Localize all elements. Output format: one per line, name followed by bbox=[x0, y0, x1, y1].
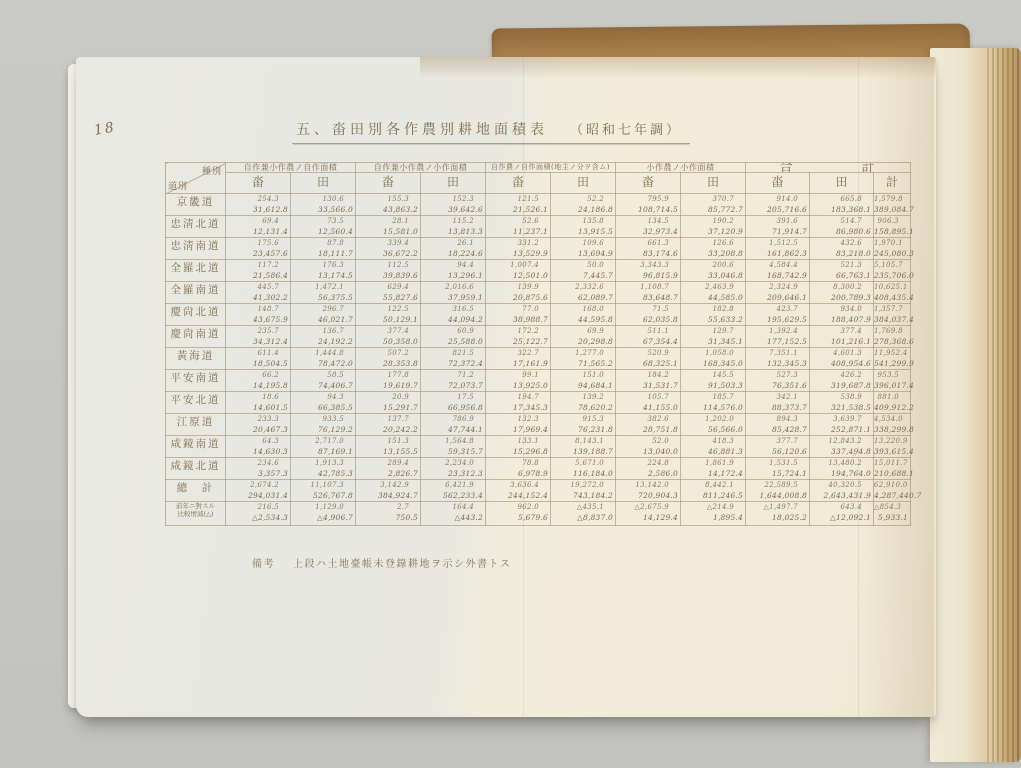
cell-registered-value: 13,813.3 bbox=[421, 226, 485, 237]
cell-registered-value: 20,875.6 bbox=[486, 292, 550, 303]
cell-registered-value: 17,161.9 bbox=[486, 358, 550, 369]
cell-registered-value: 76,351.6 bbox=[746, 380, 809, 391]
cell-registered-value: 41,155.0 bbox=[616, 402, 680, 413]
row-label: 全羅南道 bbox=[166, 282, 226, 304]
cell-unregistered-value: 953.5 bbox=[874, 370, 910, 380]
cell-registered-value: 44,585.0 bbox=[681, 292, 745, 303]
cell-unregistered-value: 331.2 bbox=[486, 238, 550, 248]
cell-unregistered-value: 4,584.4 bbox=[746, 260, 809, 270]
table-cell: 26.118,224.6 bbox=[421, 238, 486, 260]
cell-registered-value: 66,763.1 bbox=[810, 270, 873, 281]
cell-registered-value: 41,302.2 bbox=[226, 292, 290, 303]
cell-registered-value: 66,385.5 bbox=[291, 402, 355, 413]
table-cell: 1,058.0168,345.0 bbox=[681, 348, 746, 370]
cell-unregistered-value: 4,601.3 bbox=[810, 348, 873, 358]
table-cell: 445.741,302.2 bbox=[226, 282, 291, 304]
cell-unregistered-value: 821.5 bbox=[421, 348, 485, 358]
cell-registered-value: 108,714.5 bbox=[616, 204, 680, 215]
group-label-char: 合 bbox=[779, 163, 794, 172]
table-cell: 8,143.1139,188.7 bbox=[551, 436, 616, 458]
cell-unregistered-value: 190.2 bbox=[681, 216, 745, 226]
cell-unregistered-value: 58.5 bbox=[291, 370, 355, 380]
table-cell: △435.1△8,837.0 bbox=[551, 502, 616, 526]
table-cell: 254.331,612.8 bbox=[226, 194, 291, 216]
subcolumn-header: 畓 bbox=[226, 173, 291, 194]
cell-registered-value: 59,315.7 bbox=[421, 446, 485, 457]
cell-registered-value: 526,767.8 bbox=[291, 490, 355, 501]
cell-unregistered-value: 1,579.8 bbox=[874, 194, 910, 204]
cell-registered-value: 43,863.2 bbox=[356, 204, 420, 215]
table-cell: 3,142.9384,924.7 bbox=[356, 480, 421, 502]
table-cell: 1,472.156,375.5 bbox=[291, 282, 356, 304]
row-label: 咸鏡北道 bbox=[166, 458, 226, 480]
cell-unregistered-value: 112.5 bbox=[356, 260, 420, 270]
cell-unregistered-value: 521.3 bbox=[810, 260, 873, 270]
table-cell: 168.044,595.8 bbox=[551, 304, 616, 326]
table-cell: 391.671,914.7 bbox=[746, 216, 810, 238]
cell-registered-value: 46,021.7 bbox=[291, 314, 355, 325]
cell-unregistered-value: 64.3 bbox=[226, 436, 290, 446]
table-cell: 94.366,385.5 bbox=[291, 392, 356, 414]
cell-unregistered-value: 200.6 bbox=[681, 260, 745, 270]
cell-unregistered-value: 13,220.9 bbox=[874, 436, 910, 446]
cell-unregistered-value: △214.9 bbox=[681, 502, 745, 512]
table-cell: 906.3158,895.1 bbox=[874, 216, 911, 238]
table-cell: 134.532,973.4 bbox=[616, 216, 681, 238]
cell-unregistered-value: 5,105.7 bbox=[874, 260, 910, 270]
cell-unregistered-value: 152.3 bbox=[421, 194, 485, 204]
subcolumn-header: 畓 bbox=[616, 173, 681, 194]
cell-registered-value: 278,368.6 bbox=[874, 336, 910, 347]
cell-unregistered-value: 69.4 bbox=[226, 216, 290, 226]
table-cell: 881.0409,912.2 bbox=[874, 392, 911, 414]
table-row: 忠淸南道175.623,457.687.818,111.7339.436,672… bbox=[166, 238, 911, 260]
cell-registered-value: 252,871.1 bbox=[810, 424, 873, 435]
row-label-line: 比較增減(△) bbox=[166, 510, 225, 518]
subcolumn-header: 田 bbox=[681, 173, 746, 194]
table-row: 慶尙北道148.743,675.9296.746,021.7122.550,12… bbox=[166, 304, 911, 326]
cell-registered-value: 209,646.1 bbox=[746, 292, 809, 303]
cell-unregistered-value: 28.1 bbox=[356, 216, 420, 226]
cell-unregistered-value: 370.7 bbox=[681, 194, 745, 204]
cell-registered-value: 15,724.1 bbox=[746, 468, 809, 479]
cell-unregistered-value: 73.5 bbox=[291, 216, 355, 226]
cell-registered-value: 15,581.0 bbox=[356, 226, 420, 237]
cell-registered-value: 6,978.9 bbox=[486, 468, 550, 479]
cell-registered-value: △4,906.7 bbox=[291, 512, 355, 523]
table-cell: 18.614,601.5 bbox=[226, 392, 291, 414]
cell-unregistered-value: 382.6 bbox=[616, 414, 680, 424]
row-label: 前年ニ對スル比較增減(△) bbox=[166, 502, 226, 526]
table-cell: 69.412,131.4 bbox=[226, 216, 291, 238]
book-left-page: 18 五、畓田別各作農別耕地面積表（昭和七年調） 種別道別自作兼小作農ノ自作面積… bbox=[76, 57, 936, 717]
cell-registered-value: 62,089.7 bbox=[551, 292, 615, 303]
table-cell: 665.8183,368.1 bbox=[810, 194, 874, 216]
cell-registered-value: 31,345.1 bbox=[681, 336, 745, 347]
cell-registered-value: 94,684.1 bbox=[551, 380, 615, 391]
table-cell: 66.214,195.8 bbox=[226, 370, 291, 392]
cell-registered-value: 14,195.8 bbox=[226, 380, 290, 391]
cell-registered-value: 21,586.4 bbox=[226, 270, 290, 281]
cell-unregistered-value: 130.6 bbox=[291, 194, 355, 204]
cell-registered-value: 18,504.5 bbox=[226, 358, 290, 369]
table-cell: 136.724,192.2 bbox=[291, 326, 356, 348]
cell-unregistered-value: 12,843.2 bbox=[810, 436, 873, 446]
cell-registered-value: 24,192.2 bbox=[291, 336, 355, 347]
cell-unregistered-value: 339.4 bbox=[356, 238, 420, 248]
table-cell: 11,107.3526,767.8 bbox=[291, 480, 356, 502]
cell-unregistered-value: 129.7 bbox=[681, 326, 745, 336]
table-cell: 129.731,345.1 bbox=[681, 326, 746, 348]
cell-registered-value: 5,933.1 bbox=[874, 512, 910, 523]
title-survey-year: （昭和七年調） bbox=[570, 123, 682, 138]
cell-registered-value: 194,764.0 bbox=[810, 468, 873, 479]
cell-registered-value: 50,358.0 bbox=[356, 336, 420, 347]
cell-unregistered-value: 1,129.0 bbox=[291, 502, 355, 512]
cell-unregistered-value: 15,011.7 bbox=[874, 458, 910, 468]
cell-registered-value: 139,188.7 bbox=[551, 446, 615, 457]
cell-unregistered-value: 121.5 bbox=[486, 194, 550, 204]
table-cell: 64.314,630.3 bbox=[226, 436, 291, 458]
cell-registered-value: 86,980.6 bbox=[810, 226, 873, 237]
table-cell: 521.366,763.1 bbox=[810, 260, 874, 282]
row-label: 平安北道 bbox=[166, 392, 226, 414]
table-cell: 377.756,120.6 bbox=[746, 436, 810, 458]
table-cell: 200.633,046.8 bbox=[681, 260, 746, 282]
table-cell: 15,011.7210,688.1 bbox=[874, 458, 911, 480]
table-cell: 52.611,237.1 bbox=[486, 216, 551, 238]
cell-unregistered-value: 520.9 bbox=[616, 348, 680, 358]
table-cell: 2,324.9209,646.1 bbox=[746, 282, 810, 304]
cell-unregistered-value: 139.9 bbox=[486, 282, 550, 292]
row-label: 京畿道 bbox=[166, 194, 226, 216]
table-cell: 1,913.342,785.3 bbox=[291, 458, 356, 480]
cell-unregistered-value: 1,564.8 bbox=[421, 436, 485, 446]
table-cell: 8,442.1811,246.5 bbox=[681, 480, 746, 502]
table-cell: 13,142.0720,904.3 bbox=[616, 480, 681, 502]
table-cell: 8,300.2200,789.3 bbox=[810, 282, 874, 304]
cell-unregistered-value: 115.2 bbox=[421, 216, 485, 226]
cell-unregistered-value: 122.5 bbox=[356, 304, 420, 314]
table-cell: △2,675.914,129.4 bbox=[616, 502, 681, 526]
cell-registered-value: 750.5 bbox=[356, 512, 420, 523]
cell-unregistered-value: 13,480.2 bbox=[810, 458, 873, 468]
cell-unregistered-value: 3,636.4 bbox=[486, 480, 550, 490]
cell-unregistered-value: 52.2 bbox=[551, 194, 615, 204]
table-cell: 78.86,978.9 bbox=[486, 458, 551, 480]
cell-unregistered-value: 10,625.1 bbox=[874, 282, 910, 292]
cell-registered-value: 46,881.3 bbox=[681, 446, 745, 457]
column-group-header-2: 自作農ノ自作面積(地主ノ分ヲ含ム) bbox=[486, 163, 616, 173]
cell-unregistered-value: 423.7 bbox=[746, 304, 809, 314]
cell-registered-value: 384,037.4 bbox=[874, 314, 910, 325]
table-cell: 126.633,208.8 bbox=[681, 238, 746, 260]
table-cell: 13,480.2194,764.0 bbox=[810, 458, 874, 480]
table-cell: 105.741,155.0 bbox=[616, 392, 681, 414]
cell-registered-value: 19,619.7 bbox=[356, 380, 420, 391]
table-cell: 1,564.859,315.7 bbox=[421, 436, 486, 458]
cell-registered-value: 43,675.9 bbox=[226, 314, 290, 325]
table-cell: 2.7750.5 bbox=[356, 502, 421, 526]
table-cell: 122.550,129.1 bbox=[356, 304, 421, 326]
table-cell: 538.9321,538.5 bbox=[810, 392, 874, 414]
cell-registered-value: 14,630.3 bbox=[226, 446, 290, 457]
table-cell: 507.228,353.8 bbox=[356, 348, 421, 370]
table-cell: 121.521,526.1 bbox=[486, 194, 551, 216]
cell-unregistered-value: 87.8 bbox=[291, 238, 355, 248]
subcolumn-header: 田 bbox=[291, 173, 356, 194]
cell-registered-value: 87,169.1 bbox=[291, 446, 355, 457]
table-cell: 1,970.1245,080.3 bbox=[874, 238, 911, 260]
cell-registered-value: 39,839.6 bbox=[356, 270, 420, 281]
cell-registered-value: 39,642.6 bbox=[421, 204, 485, 215]
table-cell: 1,108.783,648.7 bbox=[616, 282, 681, 304]
cell-unregistered-value: 342.1 bbox=[746, 392, 809, 402]
column-group-header-0: 自作兼小作農ノ自作面積 bbox=[226, 163, 356, 173]
cell-registered-value: 83,174.6 bbox=[616, 248, 680, 259]
cell-registered-value: 13,174.5 bbox=[291, 270, 355, 281]
table-cell: 643.4△12,092.1 bbox=[810, 502, 874, 526]
cell-unregistered-value: 1,512.5 bbox=[746, 238, 809, 248]
cell-registered-value: 743,184.2 bbox=[551, 490, 615, 501]
cell-registered-value: 13,529.9 bbox=[486, 248, 550, 259]
cell-registered-value: 13,155.5 bbox=[356, 446, 420, 457]
table-cell: 28.115,581.0 bbox=[356, 216, 421, 238]
cell-unregistered-value: 7,351.1 bbox=[746, 348, 809, 358]
cell-registered-value: 34,312.4 bbox=[226, 336, 290, 347]
table-cell: 370.785,772.7 bbox=[681, 194, 746, 216]
cell-registered-value: 20,298.8 bbox=[551, 336, 615, 347]
cell-registered-value: 811,246.5 bbox=[681, 490, 745, 501]
cell-registered-value: 25,588.0 bbox=[421, 336, 485, 347]
cell-registered-value: 31,531.7 bbox=[616, 380, 680, 391]
cell-unregistered-value: 1,913.3 bbox=[291, 458, 355, 468]
cell-unregistered-value: 234.6 bbox=[226, 458, 290, 468]
table-cell: 155.343,863.2 bbox=[356, 194, 421, 216]
table-row: 全羅南道445.741,302.21,472.156,375.5629.455,… bbox=[166, 282, 911, 304]
table-cell: 69.920,298.8 bbox=[551, 326, 616, 348]
cell-registered-value: 72,372.4 bbox=[421, 358, 485, 369]
cell-registered-value: 1,644,008.8 bbox=[746, 490, 809, 501]
cell-unregistered-value: 151.3 bbox=[356, 436, 420, 446]
cell-registered-value: 83,218.0 bbox=[810, 248, 873, 259]
cell-unregistered-value: 17.5 bbox=[421, 392, 485, 402]
cell-unregistered-value: 426.2 bbox=[810, 370, 873, 380]
cell-unregistered-value: 432.6 bbox=[810, 238, 873, 248]
table-row: 慶尙南道235.734,312.4136.724,192.2377.450,35… bbox=[166, 326, 911, 348]
table-cell: 62,910.04,287,440.7 bbox=[874, 480, 911, 502]
table-cell: 5,671.0116,184.0 bbox=[551, 458, 616, 480]
cell-unregistered-value: 933.5 bbox=[291, 414, 355, 424]
table-cell: 821.572,372.4 bbox=[421, 348, 486, 370]
table-cell: 109.613,694.9 bbox=[551, 238, 616, 260]
table-cell: 115.213,813.3 bbox=[421, 216, 486, 238]
table-cell: 175.623,457.6 bbox=[226, 238, 291, 260]
table-cell: 2,332.662,089.7 bbox=[551, 282, 616, 304]
table-cell: 99.113,925.0 bbox=[486, 370, 551, 392]
table-cell: 4,601.3408,954.6 bbox=[810, 348, 874, 370]
cell-registered-value: 20,242.2 bbox=[356, 424, 420, 435]
cell-unregistered-value: 914.0 bbox=[746, 194, 809, 204]
table-cell: 527.376,351.6 bbox=[746, 370, 810, 392]
cell-unregistered-value: 19,272.0 bbox=[551, 480, 615, 490]
table-cell: 12,843.2337,494.8 bbox=[810, 436, 874, 458]
table-cell: 1,512.5161,862.3 bbox=[746, 238, 810, 260]
cell-registered-value: 13,925.0 bbox=[486, 380, 550, 391]
table-cell: 17.566,956.8 bbox=[421, 392, 486, 414]
cell-registered-value: 200,789.3 bbox=[810, 292, 873, 303]
cell-unregistered-value: 172.2 bbox=[486, 326, 550, 336]
cell-unregistered-value: 894.3 bbox=[746, 414, 809, 424]
cell-registered-value: 28,751.8 bbox=[616, 424, 680, 435]
cell-registered-value: 66,956.8 bbox=[421, 402, 485, 413]
table-cell: 342.188,373.7 bbox=[746, 392, 810, 414]
cell-unregistered-value: 322.7 bbox=[486, 348, 550, 358]
cell-unregistered-value: 445.7 bbox=[226, 282, 290, 292]
table-cell: 795.9108,714.5 bbox=[616, 194, 681, 216]
table-cell: 418.346,881.3 bbox=[681, 436, 746, 458]
table-cell: 1,769.8278,368.6 bbox=[874, 326, 911, 348]
cell-registered-value: 2,586.0 bbox=[616, 468, 680, 479]
cell-registered-value: 114,576.0 bbox=[681, 402, 745, 413]
cell-unregistered-value: 126.6 bbox=[681, 238, 745, 248]
cell-unregistered-value: 13,142.0 bbox=[616, 480, 680, 490]
cell-unregistered-value: 795.9 bbox=[616, 194, 680, 204]
cell-unregistered-value: 194.7 bbox=[486, 392, 550, 402]
cell-registered-value: 235,706.0 bbox=[874, 270, 910, 281]
cell-unregistered-value: 1,531.5 bbox=[746, 458, 809, 468]
cell-unregistered-value: 1,444.8 bbox=[291, 348, 355, 358]
cell-registered-value: 33,046.8 bbox=[681, 270, 745, 281]
cell-unregistered-value: 643.4 bbox=[810, 502, 873, 512]
table-cell: 1,579.8389,084.7 bbox=[874, 194, 911, 216]
cell-unregistered-value: 296.7 bbox=[291, 304, 355, 314]
corner-label-type: 種別 bbox=[202, 164, 222, 177]
table-cell: 145.591,503.3 bbox=[681, 370, 746, 392]
table-cell: 19,272.0743,184.2 bbox=[551, 480, 616, 502]
table-cell: 22,589.51,644,008.8 bbox=[746, 480, 810, 502]
cell-registered-value: △2,534.3 bbox=[226, 512, 290, 523]
cell-unregistered-value: 168.0 bbox=[551, 304, 615, 314]
table-cell: 152.339,642.6 bbox=[421, 194, 486, 216]
cell-registered-value: 1,895.4 bbox=[681, 512, 745, 523]
cell-unregistered-value: 934.0 bbox=[810, 304, 873, 314]
table-cell: 1,392.4177,152.5 bbox=[746, 326, 810, 348]
corner-label-province: 道別 bbox=[168, 179, 188, 192]
cell-unregistered-value: 71.5 bbox=[616, 304, 680, 314]
cell-unregistered-value: 2.7 bbox=[356, 502, 420, 512]
cell-unregistered-value: 137.7 bbox=[356, 414, 420, 424]
table-cell: 139.920,875.6 bbox=[486, 282, 551, 304]
table-row: 平安南道66.214,195.858.574,406.7177.819,619.… bbox=[166, 370, 911, 392]
row-label: 江原道 bbox=[166, 414, 226, 436]
cell-registered-value: 71,565.2 bbox=[551, 358, 615, 369]
cell-registered-value: 5,679.6 bbox=[486, 512, 550, 523]
cell-registered-value: 78,620.2 bbox=[551, 402, 615, 413]
table-cell: 377.4101,216.1 bbox=[810, 326, 874, 348]
row-label-line: 前年ニ對スル bbox=[166, 502, 225, 510]
cell-unregistered-value: 629.4 bbox=[356, 282, 420, 292]
cell-unregistered-value: 915.3 bbox=[551, 414, 615, 424]
table-cell: 296.746,021.7 bbox=[291, 304, 356, 326]
row-label: 黃海道 bbox=[166, 348, 226, 370]
cell-registered-value: 2,643,431.9 bbox=[810, 490, 873, 501]
cell-registered-value: 12,560.4 bbox=[291, 226, 355, 237]
cell-unregistered-value: 94.4 bbox=[421, 260, 485, 270]
cell-unregistered-value: △2,675.9 bbox=[616, 502, 680, 512]
table-cell: 130.633,566.0 bbox=[291, 194, 356, 216]
table-cell: 233.320,467.3 bbox=[226, 414, 291, 436]
cell-unregistered-value: 962.0 bbox=[486, 502, 550, 512]
subcolumn-header: 畓 bbox=[486, 173, 551, 194]
cell-registered-value: 12,501.0 bbox=[486, 270, 550, 281]
cell-registered-value: 85,428.7 bbox=[746, 424, 809, 435]
row-label: 咸鏡南道 bbox=[166, 436, 226, 458]
cell-registered-value: 56,375.5 bbox=[291, 292, 355, 303]
cell-registered-value: 71,914.7 bbox=[746, 226, 809, 237]
cell-unregistered-value: 224.8 bbox=[616, 458, 680, 468]
cell-unregistered-value: 175.6 bbox=[226, 238, 290, 248]
cell-registered-value: 55,633.2 bbox=[681, 314, 745, 325]
subcolumn-header: 畓 bbox=[746, 173, 810, 194]
cell-registered-value: 24,186.8 bbox=[551, 204, 615, 215]
cell-unregistered-value: 139.2 bbox=[551, 392, 615, 402]
cell-registered-value: 18,224.6 bbox=[421, 248, 485, 259]
cell-registered-value: 161,862.3 bbox=[746, 248, 809, 259]
cell-unregistered-value: 134.5 bbox=[616, 216, 680, 226]
cell-registered-value: 55,827.6 bbox=[356, 292, 420, 303]
cell-unregistered-value: 377.7 bbox=[746, 436, 809, 446]
cell-unregistered-value: 2,463.9 bbox=[681, 282, 745, 292]
cell-unregistered-value: 906.3 bbox=[874, 216, 910, 226]
cell-registered-value: 23,312.3 bbox=[421, 468, 485, 479]
table-row: 黃海道611.418,504.51,444.878,472.0507.228,3… bbox=[166, 348, 911, 370]
row-label: 總 計 bbox=[166, 480, 226, 502]
cell-registered-value: 7,445.7 bbox=[551, 270, 615, 281]
table-cell: 194.717,345.3 bbox=[486, 392, 551, 414]
table-cell: 934.0188,407.9 bbox=[810, 304, 874, 326]
cell-registered-value: 85,772.7 bbox=[681, 204, 745, 215]
cell-unregistered-value: 99.1 bbox=[486, 370, 550, 380]
cell-registered-value: 183,368.1 bbox=[810, 204, 873, 215]
cell-registered-value: 338,299.8 bbox=[874, 424, 910, 435]
cell-unregistered-value: 2,717.0 bbox=[291, 436, 355, 446]
cell-registered-value: 56,566.0 bbox=[681, 424, 745, 435]
table-cell: 71.562,035.8 bbox=[616, 304, 681, 326]
table-cell: 135.813,915.5 bbox=[551, 216, 616, 238]
cell-unregistered-value: 391.6 bbox=[746, 216, 809, 226]
cell-unregistered-value: 18.6 bbox=[226, 392, 290, 402]
table-cell: 52.224,186.8 bbox=[551, 194, 616, 216]
cell-unregistered-value: 52.0 bbox=[616, 436, 680, 446]
cell-registered-value: 36,672.2 bbox=[356, 248, 420, 259]
cell-registered-value: 25,122.7 bbox=[486, 336, 550, 347]
table-cell: 40,320.52,643,431.9 bbox=[810, 480, 874, 502]
cell-registered-value: 177,152.5 bbox=[746, 336, 809, 347]
table-row: 京畿道254.331,612.8130.633,566.0155.343,863… bbox=[166, 194, 911, 216]
cell-unregistered-value: 69.9 bbox=[551, 326, 615, 336]
table-cell: 6,421.9562,233.4 bbox=[421, 480, 486, 502]
table-cell: 915.376,231.8 bbox=[551, 414, 616, 436]
cell-registered-value: 321,538.5 bbox=[810, 402, 873, 413]
table-row: 平安北道18.614,601.594.366,385.520.915,291.7… bbox=[166, 392, 911, 414]
table-cell: 20.915,291.7 bbox=[356, 392, 421, 414]
cell-unregistered-value: 4,534.0 bbox=[874, 414, 910, 424]
column-group-header-4: 合計 bbox=[746, 163, 911, 173]
table-cell: 426.2319,687.8 bbox=[810, 370, 874, 392]
table-cell: 894.385,428.7 bbox=[746, 414, 810, 436]
cell-registered-value: 18,111.7 bbox=[291, 248, 355, 259]
